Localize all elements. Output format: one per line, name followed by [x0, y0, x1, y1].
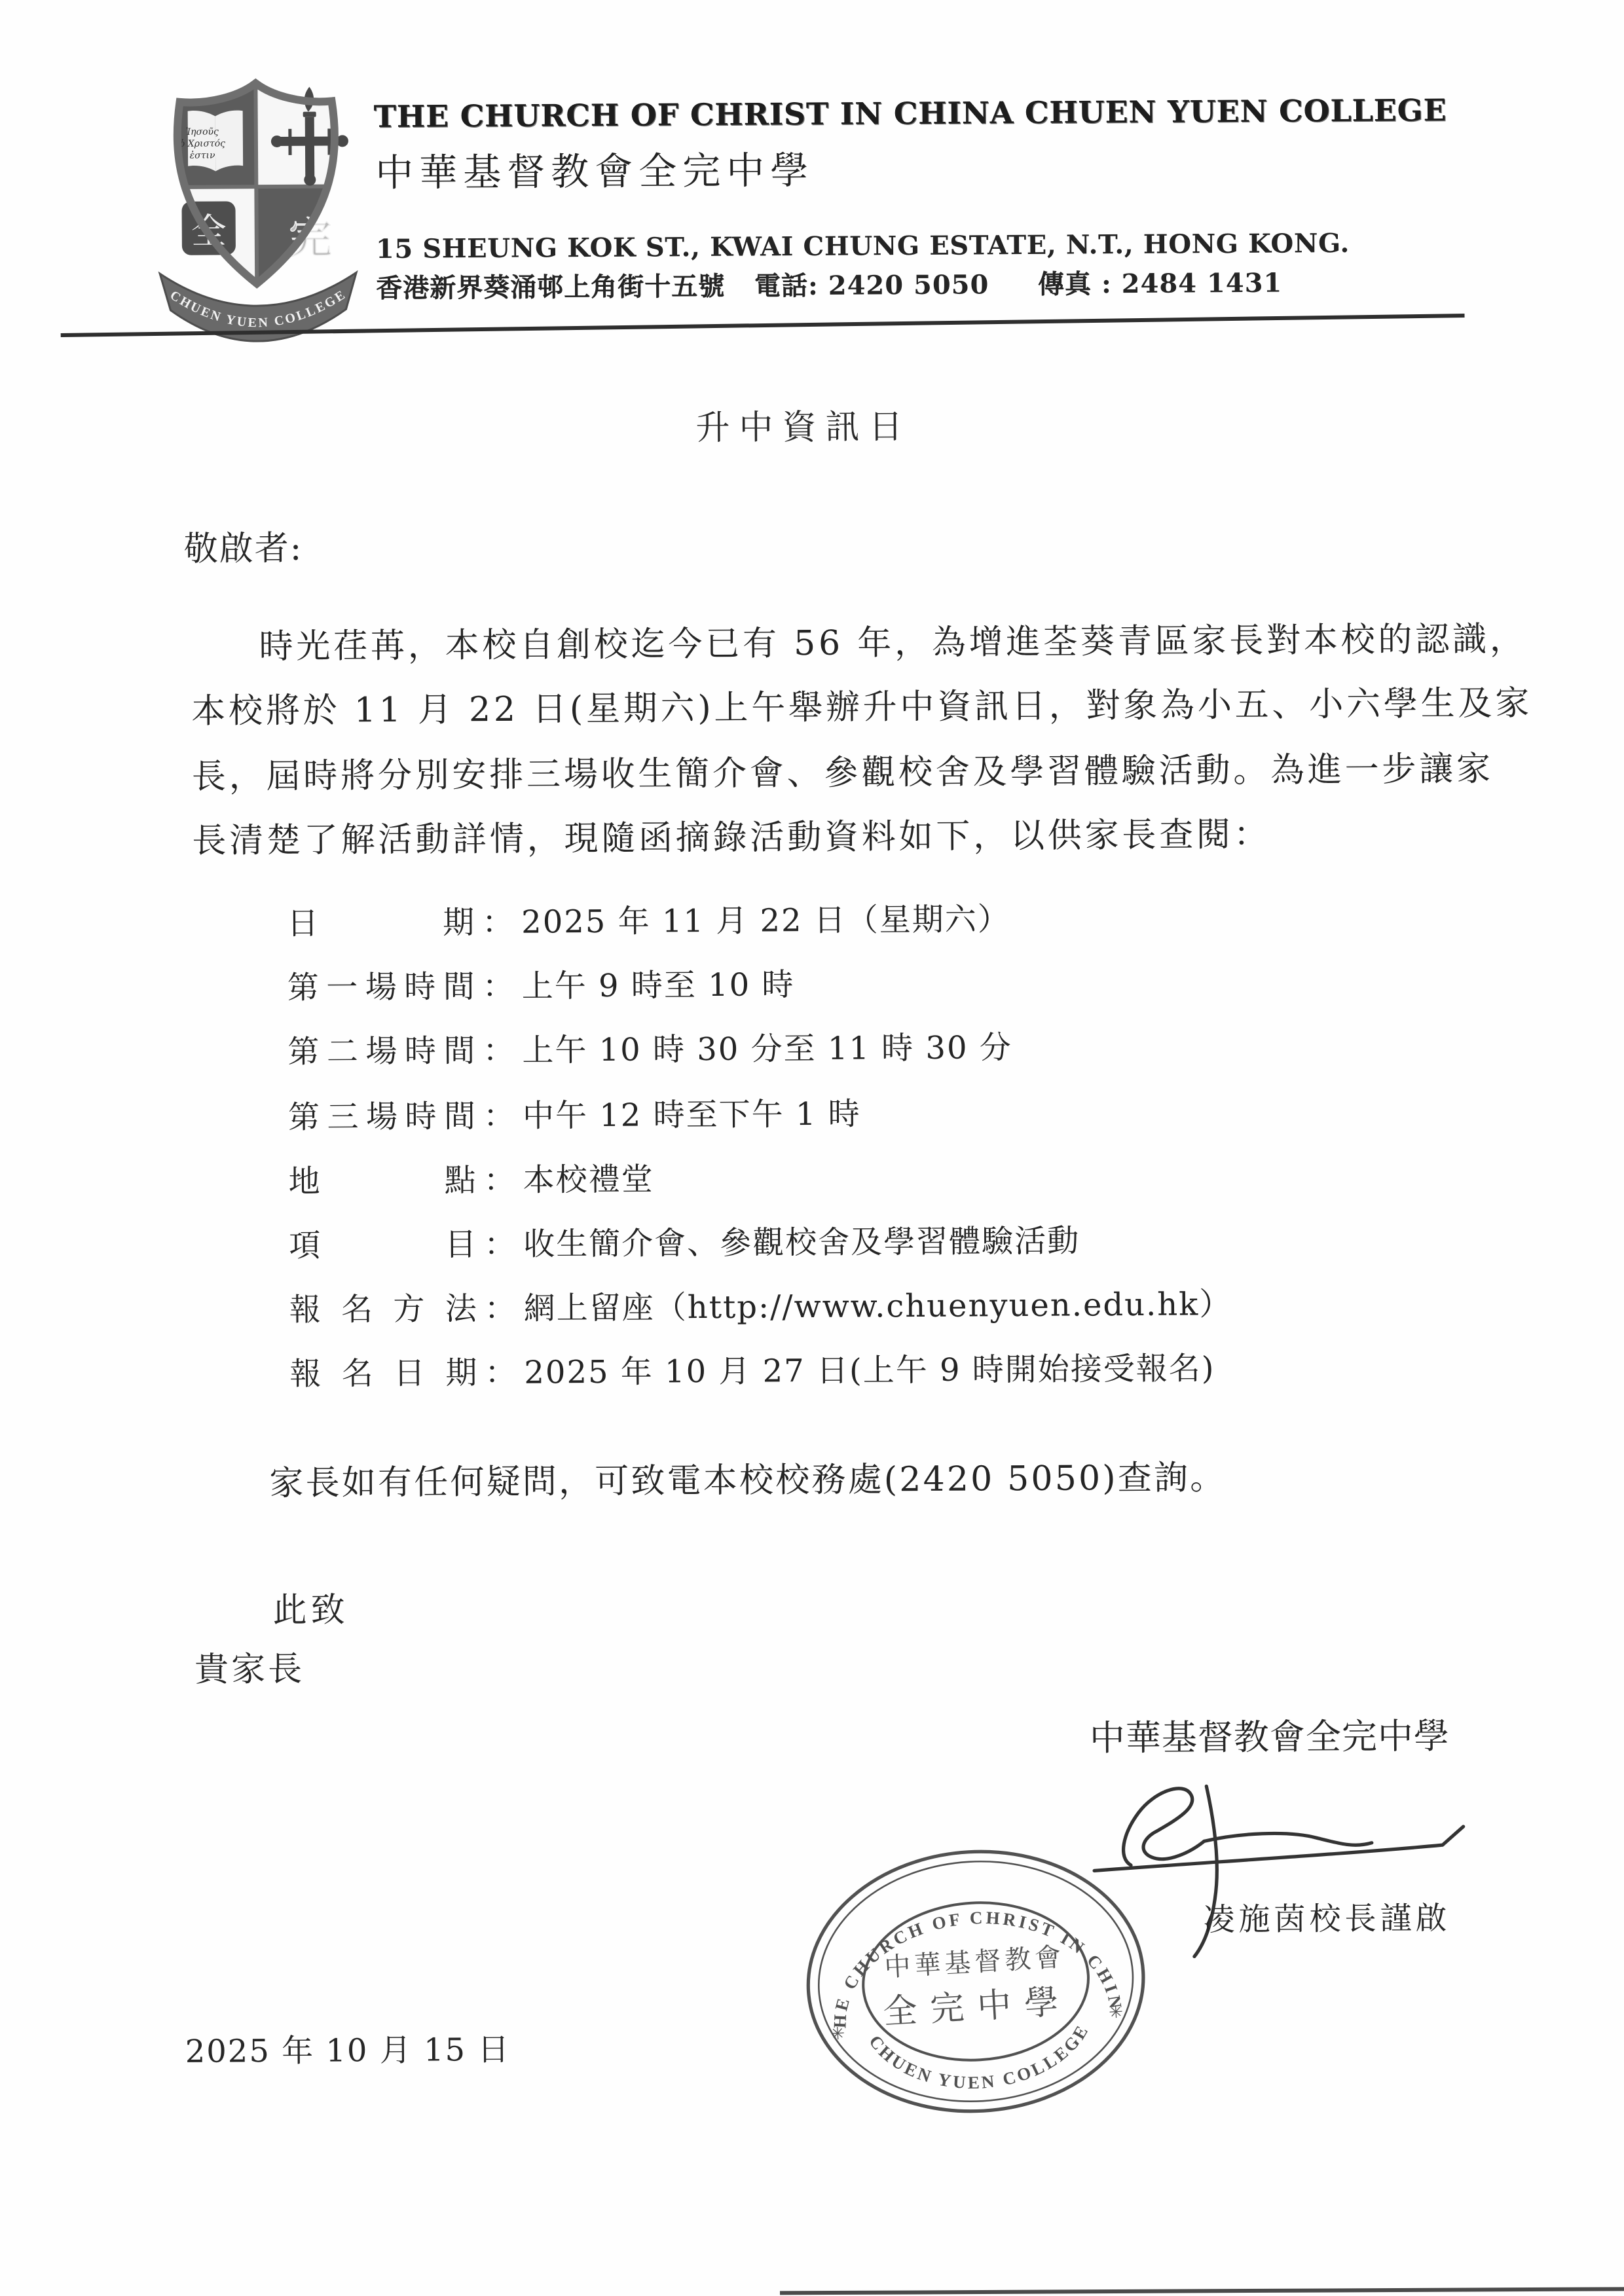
- detail-value: 中午 12 時至下午 1 時: [523, 1087, 861, 1135]
- detail-label: 第三場時間: [288, 1089, 475, 1137]
- crest-book-line1: Ἰησοῦς: [186, 126, 219, 137]
- detail-row-date: 日期 ： 2025 年 11 月 22 日（星期六）: [287, 883, 1230, 953]
- phone-number: 2420 5050: [828, 268, 989, 301]
- crest-book-line3: ἐστιν: [190, 150, 215, 161]
- detail-colon: ：: [483, 1025, 514, 1071]
- detail-colon: ：: [482, 896, 513, 942]
- detail-colon: ：: [485, 1283, 516, 1328]
- crest-book-icon: Ἰησοῦς ὁ Χριστός ἐστιν: [179, 111, 244, 172]
- body-line: 長，屆時將分別安排三場收生簡介會、參觀校舍及學習體驗活動。為進一步讓家: [192, 738, 1439, 811]
- stamp-separator-left-icon: ✳: [830, 2024, 845, 2043]
- fax-number: 2484 1431: [1122, 267, 1283, 299]
- detail-value: 2025 年 11 月 22 日（星期六）: [521, 893, 1010, 942]
- detail-row-programme: 項目 ： 收生簡介會、參觀校舍及學習體驗活動: [289, 1205, 1232, 1275]
- closing-school-name: 中華基督教會全完中學: [1090, 1707, 1450, 1760]
- detail-row-registration-date: 報名日期 ： 2025 年 10 月 27 日(上午 9 時開始接受報名): [289, 1334, 1232, 1404]
- school-address-chinese: 香港新界葵涌邨上角街十五號 電話: 2420 5050 傳真 : 2484 14…: [376, 262, 1282, 305]
- detail-row-registration-method: 報名方法 ： 網上留座（http://www.chuenyuen.edu.hk）: [289, 1269, 1232, 1339]
- detail-colon: ：: [483, 1154, 515, 1199]
- detail-value: 上午 9 時至 10 時: [522, 959, 795, 1007]
- body-line: 時光荏苒，本校自創校迄今已有 56 年，為增進荃葵青區家長對本校的認識，: [191, 609, 1438, 681]
- closing-phrase: 此致: [272, 1583, 348, 1632]
- letter-title: 升中資訊日: [0, 396, 1612, 454]
- detail-label: 報名日期: [289, 1347, 477, 1394]
- signer-name-line: 凌施茵校長謹啟: [1203, 1892, 1450, 1939]
- stamp-center-line1: 中華基督教會: [883, 1942, 1065, 1982]
- detail-label: 地點: [288, 1154, 475, 1201]
- detail-label: 報名方法: [289, 1283, 477, 1330]
- body-line: 本校將於 11 月 22 日(星期六)上午舉辦升中資訊日，對象為小五、小六學生及…: [191, 674, 1439, 746]
- school-name-chinese: 中華基督教會全完中學: [375, 141, 815, 198]
- scan-edge-artifact: [780, 2287, 1624, 2294]
- detail-value: 上午 10 時 30 分至 11 時 30 分: [522, 1022, 1012, 1071]
- school-name-english: THE CHURCH OF CHRIST IN CHINA CHUEN YUEN…: [374, 93, 1447, 135]
- address-chinese-text: 香港新界葵涌邨上角街十五號: [376, 270, 725, 304]
- letter-date: 2025 年 10 月 15 日: [185, 2024, 510, 2071]
- letter-content: Ἰησοῦς ὁ Χριστός ἐστιν 全 完: [0, 0, 1624, 2296]
- detail-value: 收生簡介會、參觀校舍及學習體驗活動: [523, 1215, 1080, 1264]
- detail-row-session3: 第三場時間 ： 中午 12 時至下午 1 時: [288, 1076, 1231, 1146]
- stamp-separator-right-icon: ✳: [1108, 2002, 1123, 2022]
- detail-value: 本校禮堂: [523, 1153, 654, 1199]
- detail-label: 項目: [289, 1218, 476, 1266]
- salutation: 敬啟者:: [183, 522, 303, 571]
- detail-value: 2025 年 10 月 27 日(上午 9 時開始接受報名): [524, 1343, 1215, 1393]
- detail-label: 日期: [287, 896, 474, 943]
- detail-row-session1: 第一場時間 ： 上午 9 時至 10 時: [287, 947, 1230, 1017]
- inquiry-line: 家長如有任何疑問，可致電本校校務處(2420 5050)查詢。: [269, 1451, 1226, 1505]
- phone-label: 電話:: [754, 270, 819, 302]
- school-crest: Ἰησοῦς ὁ Χριστός ἐστιν 全 完: [148, 76, 366, 355]
- body-paragraph: 時光荏苒，本校自創校迄今已有 56 年，為增進荃葵青區家長對本校的認識， 本校將…: [191, 609, 1439, 875]
- event-details-list: 日期 ： 2025 年 11 月 22 日（星期六） 第一場時間 ： 上午 9 …: [287, 883, 1232, 1404]
- detail-colon: ：: [483, 960, 514, 1006]
- detail-colon: ：: [485, 1347, 516, 1393]
- detail-label: 第二場時間: [287, 1025, 475, 1072]
- body-line: 長清楚了解活動詳情，現隨函摘錄活動資料如下，以供家長查閱：: [192, 803, 1439, 875]
- stamp-center-line2: 全完中學: [882, 1983, 1073, 2032]
- detail-colon: ：: [484, 1218, 515, 1264]
- detail-colon: ：: [483, 1089, 515, 1135]
- detail-label: 第一場時間: [287, 961, 475, 1008]
- detail-row-session2: 第二場時間 ： 上午 10 時 30 分至 11 時 30 分: [287, 1011, 1230, 1082]
- closing-recipient: 貴家長: [194, 1643, 304, 1692]
- school-stamp: THE CHURCH OF CHRIST IN CHINA CHUEN YUEN…: [801, 1846, 1151, 2117]
- crest-book-line2: ὁ Χριστός: [179, 137, 225, 149]
- scanned-letter-page: Ἰησοῦς ὁ Χριστός ἐστιν 全 完: [0, 0, 1624, 2296]
- school-address-english: 15 SHEUNG KOK ST., KWAI CHUNG ESTATE, N.…: [376, 227, 1350, 264]
- detail-row-venue: 地點 ： 本校禮堂: [288, 1140, 1231, 1211]
- detail-value: 網上留座（http://www.chuenyuen.edu.hk）: [524, 1279, 1232, 1329]
- fax-label: 傳真 :: [1038, 268, 1112, 300]
